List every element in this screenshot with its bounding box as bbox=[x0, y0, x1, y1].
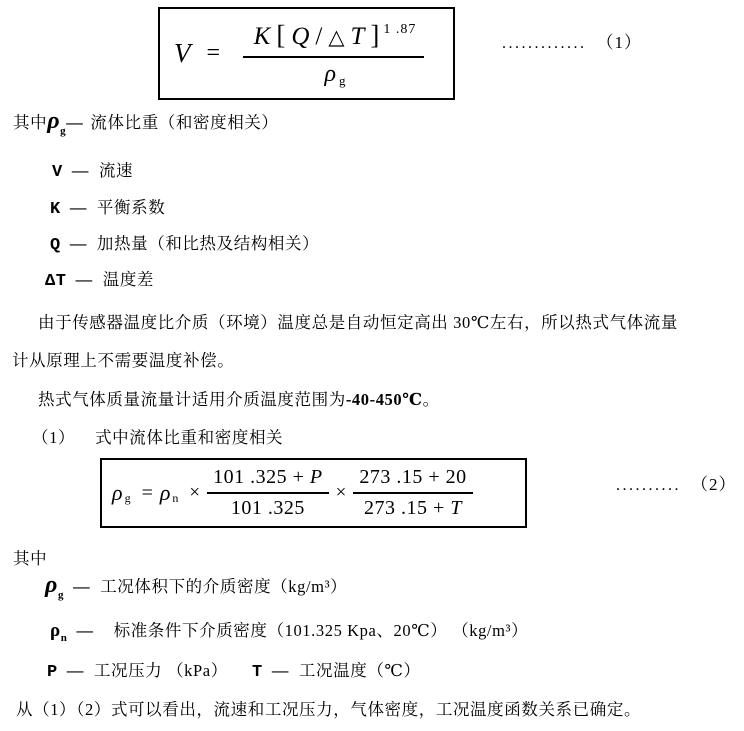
var-t: T bbox=[351, 23, 365, 51]
em-dash: — bbox=[76, 269, 93, 291]
t-symbol: T bbox=[252, 662, 263, 684]
rho-g-description: 流体比重（和密度相关） bbox=[90, 113, 278, 132]
em-dash: — bbox=[70, 197, 87, 219]
formula-1-numerator: K [ Q / △ T ] 1 .87 bbox=[243, 20, 425, 58]
temp-range-prefix: 热式气体质量流量计适用介质温度范围为 bbox=[38, 390, 346, 409]
multiply-sign: × bbox=[336, 482, 347, 504]
close-bracket: ] bbox=[370, 20, 379, 51]
pressure-numerator: 101 .325 + P bbox=[207, 466, 329, 494]
rho-g-symbol: ρg bbox=[45, 572, 64, 598]
document-page: V = K [ Q / △ T ] 1 .87 ρ g . bbox=[0, 0, 744, 731]
t-definition: T—工况温度（℃） bbox=[252, 660, 421, 684]
var-line-delta-t: ΔT—温度差 bbox=[45, 269, 154, 293]
paragraph-temp-compensation-line1: 由于传感器温度比介质（环境）温度总是自动恒定高出 30℃左右，所以热式气体流量 bbox=[38, 312, 678, 334]
item-1-number: （1） bbox=[32, 428, 75, 447]
prefix-label: 其中 bbox=[13, 113, 47, 132]
em-dash: — bbox=[73, 577, 90, 596]
rho-n-subscript: n bbox=[172, 491, 178, 506]
delta-t-symbol: ΔT bbox=[45, 271, 67, 293]
paragraph-temp-compensation-line2: 计从原理上不需要温度补偿。 bbox=[12, 350, 234, 372]
delta-triangle: △ bbox=[328, 25, 344, 50]
q-description: 加热量（和比热及结构相关） bbox=[97, 233, 319, 255]
em-dash: — bbox=[67, 660, 84, 682]
p-description: 工况压力 （kPa） bbox=[94, 660, 228, 682]
open-bracket: [ bbox=[276, 20, 285, 51]
t-description: 工况温度（℃） bbox=[299, 660, 421, 682]
formula-1-box: V = K [ Q / △ T ] 1 .87 ρ g bbox=[158, 7, 455, 100]
item-1-text: 式中流体比重和密度相关 bbox=[95, 428, 283, 447]
equation-1-number: （1） bbox=[597, 33, 643, 52]
conclusion-line: 从（1）（2）式可以看出，流速和工况压力，气体密度，工况温度函数关系已确定。 bbox=[16, 699, 641, 721]
v-symbol: V bbox=[52, 162, 63, 184]
formula-1-fraction: K [ Q / △ T ] 1 .87 ρ g bbox=[243, 20, 425, 88]
defs2-heading: 其中 bbox=[13, 548, 47, 570]
v-description: 流速 bbox=[99, 160, 133, 182]
temperature-fraction: 273 .15 + 20 273 .15 + T bbox=[353, 466, 472, 520]
formula-1: V = K [ Q / △ T ] 1 .87 ρ g bbox=[160, 20, 453, 88]
rho-subscript: g bbox=[339, 73, 346, 89]
rho-g-subscript: g bbox=[125, 491, 131, 506]
formula-1-denominator: ρ g bbox=[325, 58, 343, 88]
temp-range-suffix: 。 bbox=[423, 390, 440, 409]
p-definition: P—工况压力 （kPa） bbox=[47, 660, 228, 684]
pressure-fraction: 101 .325 + P 101 .325 bbox=[207, 466, 329, 520]
rho-g-working-density-line: ρg—工况体积下的介质密度（kg/m³） bbox=[45, 576, 347, 604]
em-dash: — bbox=[70, 233, 87, 255]
em-dash: — bbox=[72, 160, 89, 182]
k-symbol: K bbox=[50, 199, 61, 221]
em-dash: — bbox=[66, 113, 83, 132]
multiply-sign: × bbox=[189, 482, 200, 504]
formula-2-box: ρg = ρn × 101 .325 + P 101 .325 × 273 .1… bbox=[100, 458, 527, 528]
equation-1-leader: .............（1） bbox=[502, 28, 642, 53]
temperature-numerator: 273 .15 + 20 bbox=[353, 466, 472, 494]
rho-n-symbol: ρn bbox=[50, 620, 68, 641]
rho-n-standard-density-line: ρn—标准条件下介质密度（101.325 Kpa、20℃） （kg/m³） bbox=[50, 620, 528, 649]
var-p: P bbox=[310, 466, 323, 489]
divide-slash: / bbox=[315, 23, 322, 51]
dots-leader: ............. bbox=[502, 35, 587, 52]
var-line-q: Q—加热量（和比热及结构相关） bbox=[50, 233, 319, 257]
rho-g-symbol: ρ bbox=[112, 480, 123, 506]
equals-sign: = bbox=[207, 40, 221, 67]
equals-sign: = bbox=[142, 482, 153, 505]
var-q: Q bbox=[291, 23, 309, 51]
equation-2-leader: ..........（2） bbox=[616, 470, 737, 495]
temp-range-value: -40-450℃ bbox=[346, 390, 423, 409]
item-1-note: （1）式中流体比重和密度相关 bbox=[32, 427, 283, 449]
em-dash: — bbox=[272, 660, 289, 682]
var-k: K bbox=[254, 23, 271, 51]
rho-g-symbol: ρg bbox=[47, 108, 66, 134]
q-symbol: Q bbox=[50, 235, 61, 257]
var-line-v: V—流速 bbox=[52, 160, 133, 184]
paragraph-temp-range: 热式气体质量流量计适用介质温度范围为-40-450℃。 bbox=[38, 389, 440, 411]
dots-leader: .......... bbox=[616, 477, 681, 494]
formula-2: ρg = ρn × 101 .325 + P 101 .325 × 273 .1… bbox=[102, 466, 525, 520]
p-symbol: P bbox=[47, 662, 58, 684]
var-line-k: K—平衡系数 bbox=[50, 197, 165, 221]
exponent: 1 .87 bbox=[383, 22, 416, 38]
em-dash: — bbox=[77, 621, 94, 640]
var-t: T bbox=[450, 497, 462, 520]
equation-2-number: （2） bbox=[691, 475, 737, 494]
temperature-denominator: 273 .15 + T bbox=[364, 494, 462, 520]
rho-n-description: 标准条件下介质密度（101.325 Kpa、20℃） （kg/m³） bbox=[114, 621, 529, 640]
rho-n-symbol: ρ bbox=[160, 480, 171, 506]
k-description: 平衡系数 bbox=[97, 197, 165, 219]
rho-g-definition-line: 其中ρg—流体比重（和密度相关） bbox=[13, 112, 279, 140]
pressure-denominator: 101 .325 bbox=[231, 494, 305, 520]
rho-symbol: ρ bbox=[325, 61, 337, 88]
rho-g-working-description: 工况体积下的介质密度（kg/m³） bbox=[100, 577, 347, 596]
delta-t-description: 温度差 bbox=[103, 269, 154, 291]
formula-1-lhs: V bbox=[174, 38, 191, 69]
